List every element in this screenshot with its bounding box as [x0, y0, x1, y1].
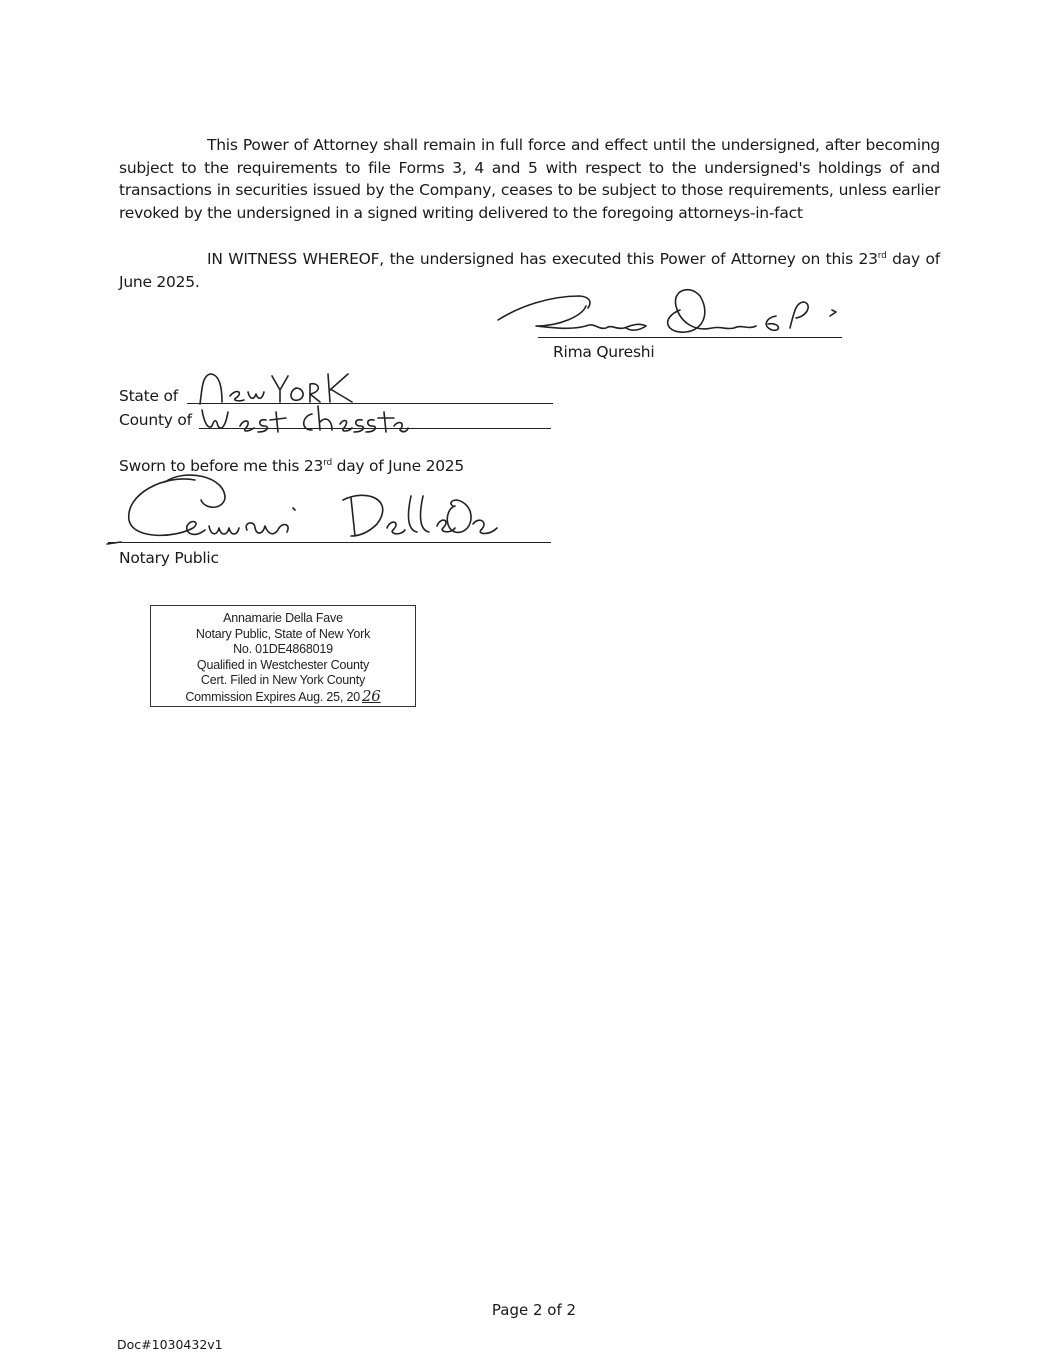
state-label: State of — [119, 387, 178, 405]
ordinal-suffix: rd — [323, 458, 332, 468]
state-handwritten-value — [196, 370, 356, 406]
signer-signature — [490, 282, 850, 344]
signer-signature-line — [538, 337, 842, 338]
ordinal-suffix: rd — [878, 251, 887, 261]
notary-stamp: Annamarie Della Fave Notary Public, Stat… — [150, 605, 416, 707]
notary-signature — [105, 470, 505, 548]
county-label: County of — [119, 411, 192, 429]
stamp-notary-title: Notary Public, State of New York — [151, 627, 415, 643]
document-page: This Power of Attorney shall remain in f… — [0, 0, 1054, 1365]
signer-name: Rima Qureshi — [553, 343, 654, 361]
notary-public-label: Notary Public — [119, 549, 219, 567]
paragraph-text: This Power of Attorney shall remain in f… — [119, 136, 940, 222]
notary-signature-line — [108, 542, 551, 543]
power-of-attorney-duration-paragraph: This Power of Attorney shall remain in f… — [119, 134, 940, 224]
stamp-notary-name: Annamarie Della Fave — [151, 611, 415, 627]
document-id: Doc#1030432v1 — [117, 1337, 223, 1352]
county-line — [199, 428, 551, 429]
stamp-expiry-year-handwritten: 26 — [362, 687, 381, 705]
stamp-commission-number: No. 01DE4868019 — [151, 642, 415, 658]
county-handwritten-value — [200, 404, 410, 434]
witness-text: IN WITNESS WHEREOF, the undersigned has … — [207, 250, 878, 268]
page-number: Page 2 of 2 — [0, 1301, 1054, 1319]
stamp-expiry-text: Commission Expires Aug. 25, 20 — [185, 690, 360, 704]
stamp-qualified-county: Qualified in Westchester County — [151, 658, 415, 674]
stamp-expiry: Commission Expires Aug. 25, 2026 — [151, 689, 415, 706]
